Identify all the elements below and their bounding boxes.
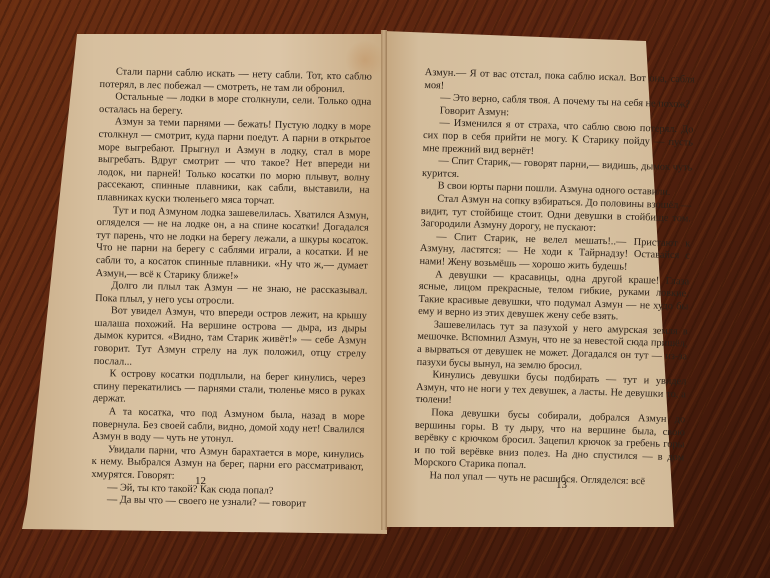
- page-number-right: 13: [556, 479, 567, 491]
- left-page-text: Стали парни саблю искать — нету сабли. Т…: [91, 66, 372, 512]
- paragraph: Тут и под Азмуном лодка зашевелилась. Хв…: [96, 205, 370, 286]
- paragraph: Зашевелилась тут за пазухой у него амурс…: [417, 319, 688, 377]
- paragraph: А та косатка, что под Азмуном была, наза…: [92, 406, 365, 449]
- paragraph: Азмун за теми парнями — бежать! Пустую л…: [97, 116, 371, 210]
- paragraph: А девушки — красавицы, одна другой краше…: [418, 268, 689, 326]
- right-page-text: Азмун.— Я от вас отстал, пока саблю иска…: [413, 67, 694, 490]
- page-number-left: 12: [195, 475, 206, 487]
- paragraph: Вот увидел Азмун, что впереди остров леж…: [94, 305, 367, 374]
- book-spine: [381, 30, 387, 530]
- paragraph: Увидали парни, что Азмун барахтается в м…: [91, 444, 364, 487]
- paragraph: К острову косатки подплыли, на берег кин…: [93, 368, 366, 411]
- paragraph: Пока девушки бусы собирали, добрался Азм…: [414, 407, 686, 477]
